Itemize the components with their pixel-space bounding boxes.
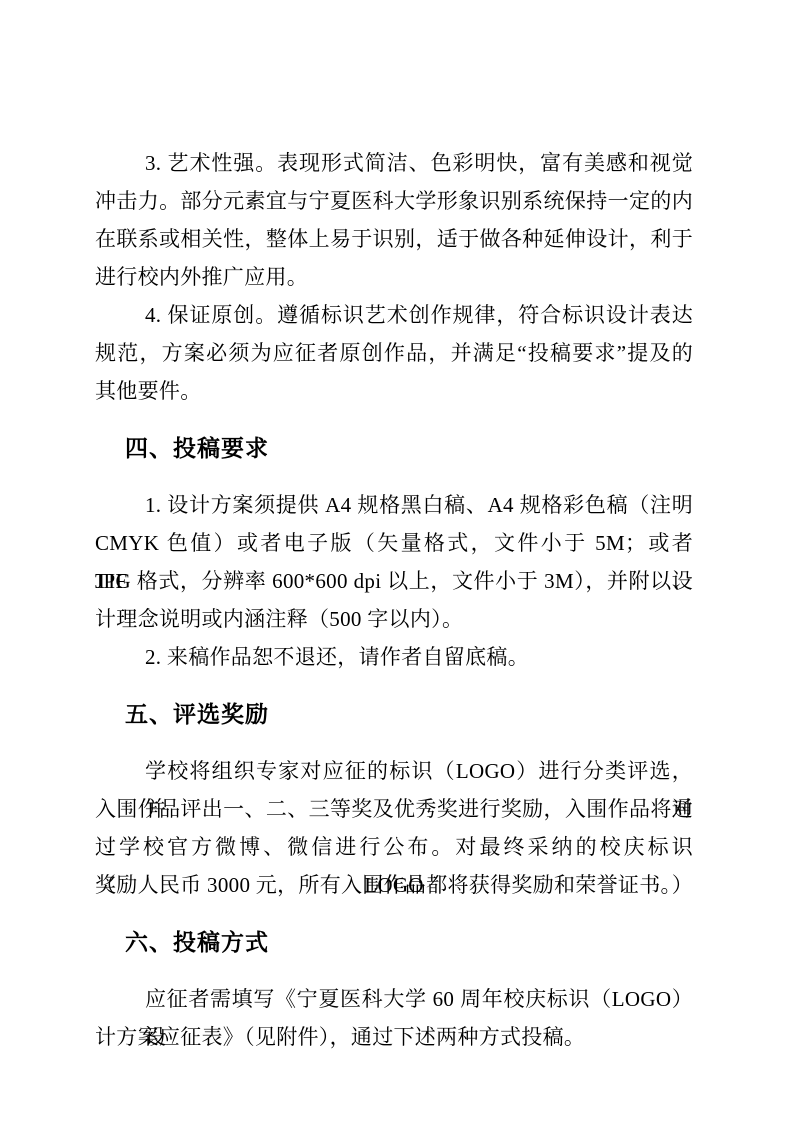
text-line: JPG 格式，分辨率 600*600 dpi 以上，文件小于 3M），并附以设 [95, 562, 693, 600]
list-item-1-design-specifications: 1. 设计方案须提供 A4 规格黑白稿、A4 规格彩色稿（注明 CMYK 色值）… [95, 486, 693, 638]
text-line: 计理念说明或内涵注释（500 字以内）。 [95, 600, 693, 638]
text-line: 规范，方案必须为应征者原创作品，并满足“投稿要求”提及的 [95, 334, 693, 372]
paragraph-submission-method-details: 应征者需填写《宁夏医科大学 60 周年校庆标识（LOGO）设 计方案应征表》（见… [95, 980, 693, 1056]
text-line: 进行校内外推广应用。 [95, 258, 693, 296]
heading-section-6-submission-method: 六、投稿方式 [95, 923, 693, 961]
text-line: 入围作品评出一、二、三等奖及优秀奖进行奖励，入围作品将通 [95, 790, 693, 828]
text-line: 在联系或相关性，整体上易于识别，适于做各种延伸设计，利于 [95, 220, 693, 258]
document-text-body: 3. 艺术性强。表现形式简洁、色彩明快，富有美感和视觉 冲击力。部分元素宜与宁夏… [95, 144, 693, 1056]
text-line: 4. 保证原创。遵循标识艺术创作规律，符合标识设计表达 [95, 296, 693, 334]
text-line: 应征者需填写《宁夏医科大学 60 周年校庆标识（LOGO）设 [95, 980, 693, 1018]
paragraph-selection-awards-details: 学校将组织专家对应征的标识（LOGO）进行分类评选，并对 入围作品评出一、二、三… [95, 752, 693, 904]
heading-section-5-selection-awards: 五、评选奖励 [95, 695, 693, 733]
text-line: 3. 艺术性强。表现形式简洁、色彩明快，富有美感和视觉 [95, 144, 693, 182]
paragraph-3-artistic-quality: 3. 艺术性强。表现形式简洁、色彩明快，富有美感和视觉 冲击力。部分元素宜与宁夏… [95, 144, 693, 296]
text-line: 其他要件。 [95, 372, 693, 410]
paragraph-4-originality-guarantee: 4. 保证原创。遵循标识艺术创作规律，符合标识设计表达 规范，方案必须为应征者原… [95, 296, 693, 410]
document-page: 3. 艺术性强。表现形式简洁、色彩明快，富有美感和视觉 冲击力。部分元素宜与宁夏… [0, 0, 793, 1122]
text-line: 1. 设计方案须提供 A4 规格黑白稿、A4 规格彩色稿（注明 [95, 486, 693, 524]
text-line: 过学校官方微博、微信进行公布。对最终采纳的校庆标识（LOGO） [95, 828, 693, 866]
text-line: 冲击力。部分元素宜与宁夏医科大学形象识别系统保持一定的内 [95, 182, 693, 220]
text-line: 奖励人民币 3000 元，所有入围作品都将获得奖励和荣誉证书。 [95, 866, 693, 904]
heading-section-4-submission-requirements: 四、投稿要求 [95, 429, 693, 467]
list-item-2-no-returns: 2. 来稿作品恕不退还，请作者自留底稿。 [95, 638, 693, 676]
text-line: 学校将组织专家对应征的标识（LOGO）进行分类评选，并对 [95, 752, 693, 790]
text-line: 计方案应征表》（见附件），通过下述两种方式投稿。 [95, 1018, 693, 1056]
text-line: CMYK 色值）或者电子版（矢量格式，文件小于 5M；或者 TIF、 [95, 524, 693, 562]
text-line: 2. 来稿作品恕不退还，请作者自留底稿。 [95, 638, 693, 676]
